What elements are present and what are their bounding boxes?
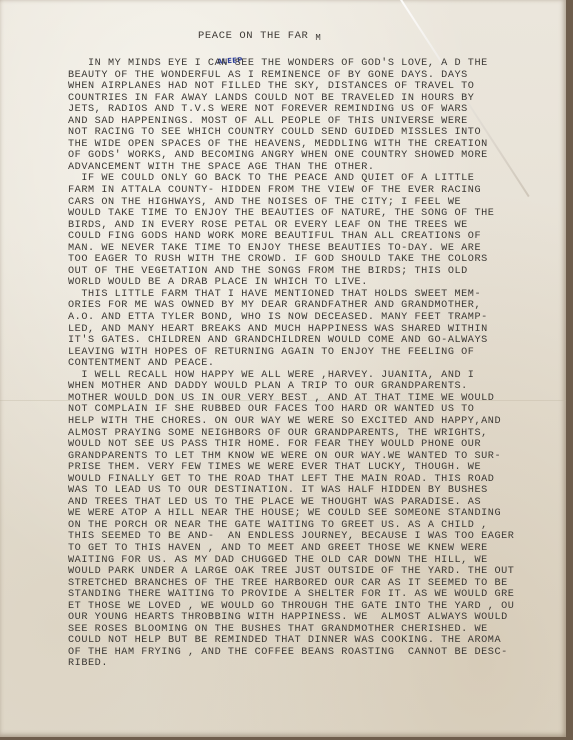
paragraph: IF WE COULD ONLY GO BACK TO THE PEACE AN… [68,173,548,288]
page-title: PEACE ON THE FAR M [198,30,321,42]
text-line: OUT OF THE VEGETATION AND THE SONGS FROM… [68,266,548,278]
text-line: TO GET TO THIS HAVEN , AND TO MEET AND G… [68,543,548,555]
text-line: WORLD WOULD BE A DRAB PLACE IN WHICH TO … [68,277,548,289]
typewritten-page: PEACE ON THE FAR M ALEEP IN MY MINDS EYE… [0,0,566,737]
title-suffix: M [315,33,321,43]
text-line: LED, AND MANY HEART BREAKS AND MUCH HAPP… [68,324,548,336]
text-line: ORIES FOR ME WAS OWNED BY MY DEAR GRANDF… [68,300,548,312]
text-line: GRANDPARENTS TO LET THM KNOW WE WERE ON … [68,451,548,463]
text-line: STANDING THERE WAITING TO PROVIDE A SHEL… [68,589,548,601]
text-line: OF GODS' WORKS, AND BECOMING ANGRY WHEN … [68,150,548,162]
text-line: I WELL RECALL HOW HAPPY WE ALL WERE ,HAR… [68,370,548,382]
text-line: FARM IN ATTALA COUNTY- HIDDEN FROM THE V… [68,185,548,197]
text-line: ON THE PORCH OR NEAR THE GATE WAITING TO… [68,520,548,532]
text-line: WHEN MOTHER AND DADDY WOULD PLAN A TRIP … [68,381,548,393]
text-line: BEAUTY OF THE WONDERFUL AS I REMINENCE O… [68,70,548,82]
text-line: ET THOSE WE LOVED , WE WOULD GO THROUGH … [68,601,548,613]
text-line: CARS ON THE HIGHWAYS, AND THE NOISES OF … [68,197,548,209]
text-line: THIS SEEMED TO BE AND- AN ENDLESS JOURNE… [68,531,548,543]
text-line: AND SAD HAPPENINGS. MOST OF ALL PEOPLE O… [68,116,548,128]
text-line: WOULD TAKE TIME TO ENJOY THE BEAUTIES OF… [68,208,548,220]
title-text: PEACE ON THE FAR [198,30,308,42]
text-line: WOULD FINALLY GET TO THE ROAD THAT LEFT … [68,474,548,486]
text-line: COUNTRIES IN FAR AWAY LANDS COULD NOT BE… [68,93,548,105]
text-line: THE WIDE OPEN SPACES OF THE HEAVENS, MED… [68,139,548,151]
text-line: MOTHER WOULD DON US IN OUR VERY BEST , A… [68,393,548,405]
text-line: PRISE THEM. VERY FEW TIMES WE WERE EVER … [68,462,548,474]
text-line: MAN. WE NEVER TAKE TIME TO ENJOY THESE B… [68,243,548,255]
text-line: WAS TO LEAD US TO OUR DESTINATION. IT WA… [68,485,548,497]
text-line: COULD FING GODS HAND WORK MORE BEAUTIFUL… [68,231,548,243]
text-line: WOULD NOT SEE US PASS THIR HOME. FOR FEA… [68,439,548,451]
text-line: NOT RACING TO SEE WHICH COUNTRY COULD SE… [68,127,548,139]
text-line: A.O. AND ETTA TYLER BOND, WHO IS NOW DEC… [68,312,548,324]
text-line: ADVANCEMENT WITH THE SPACE AGE THAN THE … [68,162,548,174]
text-line: JETS, RADIOS AND T.V.S WERE NOT FOREVER … [68,104,548,116]
text-line: ALMOST PRAYING SOME NEIGHBORS OF OUR GRA… [68,428,548,440]
paragraph: IN MY MINDS EYE I CAN SEE THE WONDERS OF… [68,58,548,173]
text-line: WE WERE ATOP A HILL NEAR THE HOUSE; WE C… [68,508,548,520]
paragraph: THIS LITTLE FARM THAT I HAVE MENTIONED T… [68,289,548,370]
text-line: IT'S GATES. CHILDREN AND GRANDCHILDREN W… [68,335,548,347]
text-line: WHEN AIRPLANES HAD NOT FILLED THE SKY, D… [68,81,548,93]
text-line: SEE ROSES BLOOMING ON THE BUSHES THAT GR… [68,624,548,636]
text-line: IF WE COULD ONLY GO BACK TO THE PEACE AN… [68,173,548,185]
text-line: HELP WITH THE CHORES. ON OUR WAY WE WERE… [68,416,548,428]
text-line: OF THE HAM FRYING , AND THE COFFEE BEANS… [68,647,548,659]
text-line: BIRDS, AND IN EVERY ROSE PETAL OR EVERY … [68,220,548,232]
text-line: TOO EAGER TO RUSH WITH THE CROWD. IF GOD… [68,254,548,266]
text-line: STRETCHED BRANCHES OF THE TREE HARBORED … [68,578,548,590]
text-line: RIBED. [68,658,548,670]
text-line: COULD NOT HELP BUT BE REMINDED THAT DINN… [68,635,548,647]
document-body: IN MY MINDS EYE I CAN SEE THE WONDERS OF… [68,58,548,670]
text-line: AND TREES THAT LED US TO THE PLACE WE TH… [68,497,548,509]
paragraph: I WELL RECALL HOW HAPPY WE ALL WERE ,HAR… [68,370,548,670]
text-line: IN MY MINDS EYE I CAN SEE THE WONDERS OF… [68,58,548,70]
text-line: LEAVING WITH HOPES OF RETURNING AGAIN TO… [68,347,548,359]
text-line: WOULD PARK UNDER A LARGE OAK TREE JUST O… [68,566,548,578]
text-line: OUR YOUNG HEARTS THROBBING WITH HAPPINES… [68,612,548,624]
text-line: WAITING FOR US. AS MY DAD CHUGGED THE OL… [68,555,548,567]
text-line: CONTENTMENT AND PEACE. [68,358,548,370]
text-line: NOT COMPLAIN IF SHE RUBBED OUR FACES TOO… [68,404,548,416]
text-line: THIS LITTLE FARM THAT I HAVE MENTIONED T… [68,289,548,301]
